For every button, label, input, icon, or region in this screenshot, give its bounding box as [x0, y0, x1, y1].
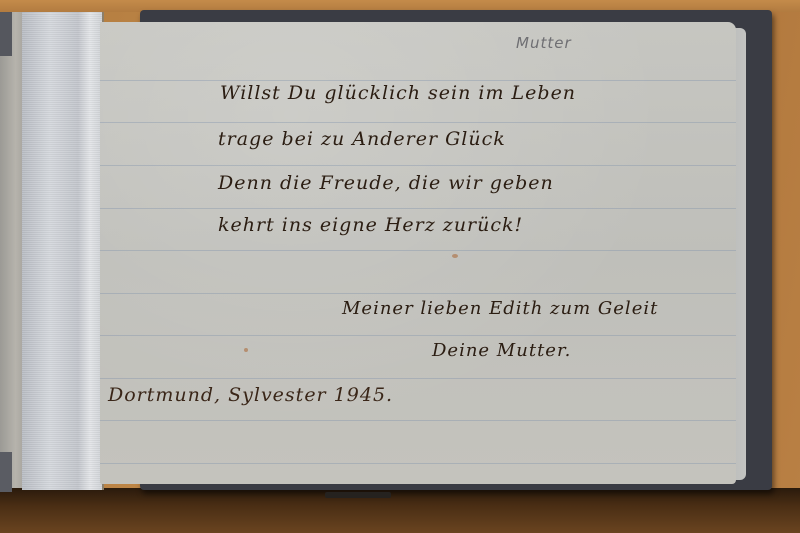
poem-line-4: kehrt ins eigne Herz zurück! [218, 214, 523, 236]
left-cover-tab-bottom [0, 452, 12, 492]
left-cover-tab-top [0, 12, 12, 56]
album-page: Mutter Willst Du glücklich sein im Leben… [100, 22, 736, 484]
cloth-binding-spine [22, 12, 104, 490]
ruled-line [100, 122, 736, 123]
ruled-line [100, 208, 736, 209]
ruled-line [100, 250, 736, 251]
ink-stain [452, 254, 458, 258]
poem-line-3: Denn die Freude, die wir geben [218, 172, 554, 194]
table-foreground [0, 488, 800, 533]
ruled-line [100, 293, 736, 294]
signature: Deine Mutter. [432, 340, 571, 361]
pencil-annotation: Mutter [516, 34, 572, 52]
album-clasp [325, 492, 391, 498]
ruled-line [100, 420, 736, 421]
ruled-line [100, 378, 736, 379]
ruled-line [100, 165, 736, 166]
ruled-line [100, 335, 736, 336]
place-and-date: Dortmund, Sylvester 1945. [108, 384, 393, 406]
dedication-line: Meiner lieben Edith zum Geleit [342, 298, 658, 319]
poem-line-2: trage bei zu Anderer Glück [218, 128, 506, 150]
poem-line-1: Willst Du glücklich sein im Leben [220, 82, 576, 104]
ruled-line [100, 80, 736, 81]
ruled-line [100, 463, 736, 464]
ink-stain [244, 348, 248, 352]
